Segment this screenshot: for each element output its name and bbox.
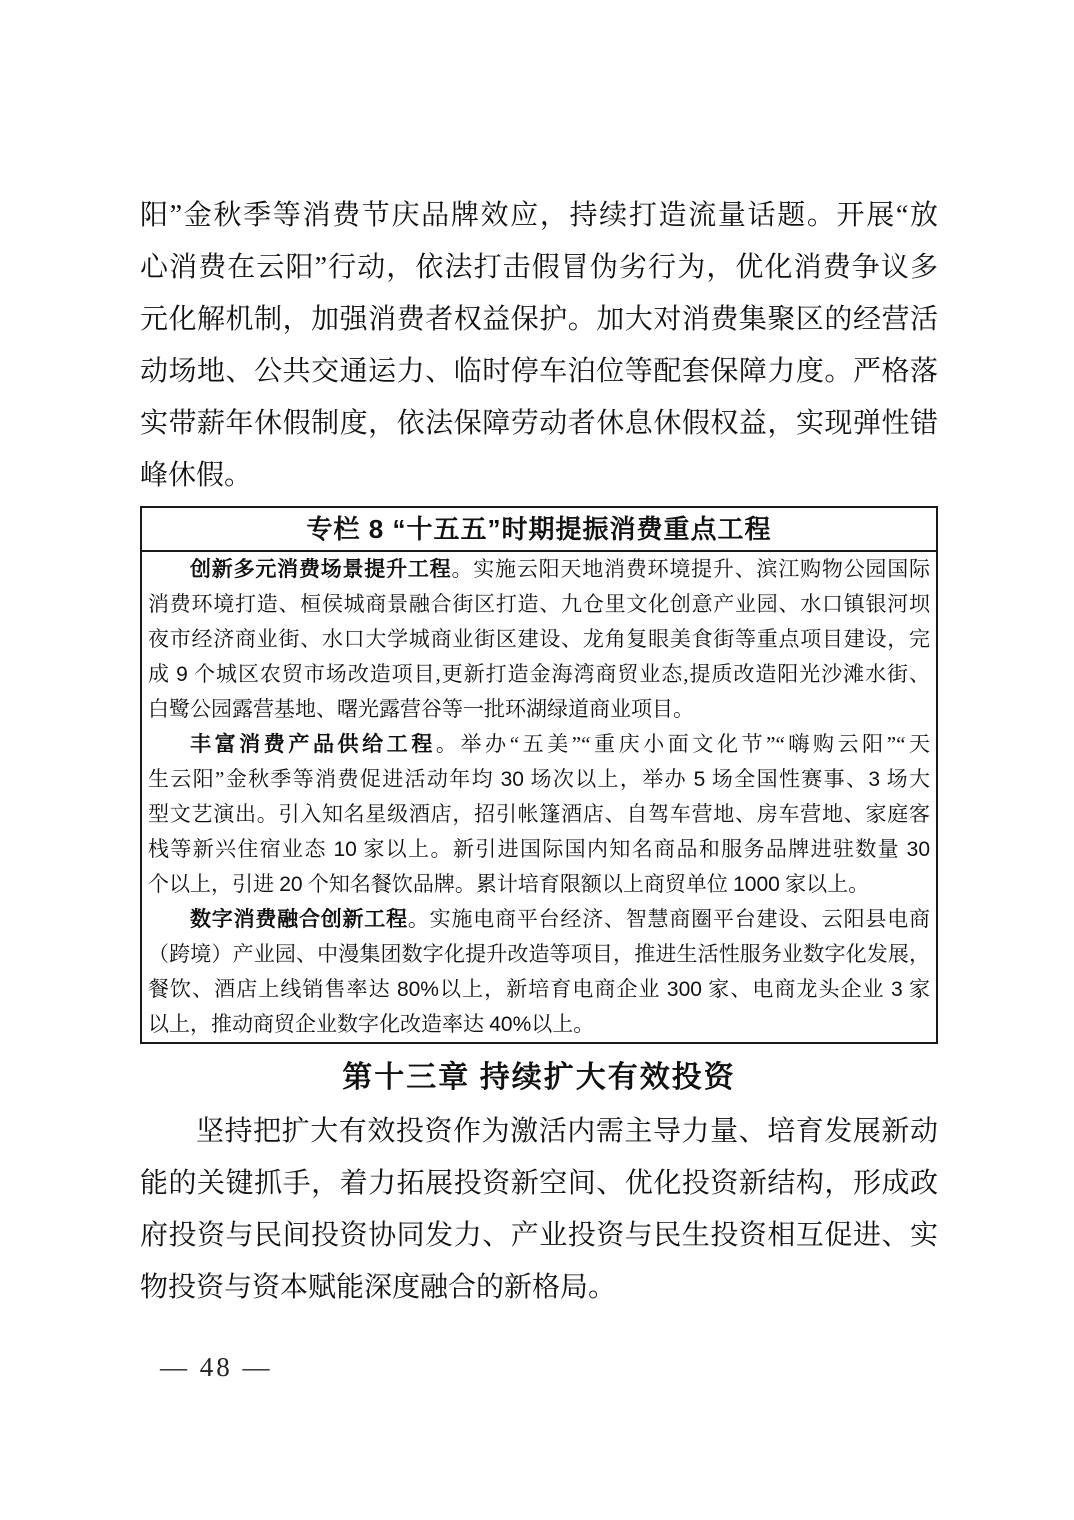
box-paragraph: 丰富消费产品供给工程。举办“五美”“重庆小面文化节”“嗨购云阳”“天生云阳”金秋… bbox=[148, 727, 930, 902]
text-line: 成 9 个城区农贸市场改造项目,更新打造金海湾商贸业态,提质改造阳光沙滩水街、 bbox=[148, 657, 930, 692]
text-run: 能的关键抓手，着力拓展投资新空间、优化投资新结构，形成政 bbox=[140, 1168, 938, 1199]
text-line: 餐饮、酒店上线销售率达 80%以上，新培育电商企业 300 家、电商龙头企业 3… bbox=[148, 972, 930, 1007]
text-run: 元化解机制，加强消费者权益保护。加大对消费集聚区的经营活 bbox=[140, 304, 938, 335]
text-line: 物投资与资本赋能深度融合的新格局。 bbox=[140, 1262, 938, 1314]
text-line: 生云阳”金秋季等消费促进活动年均 30 场次以上，举办 5 场全国性赛事、3 场… bbox=[148, 762, 930, 797]
text-line: 心消费在云阳”行动，依法打击假冒伪劣行为，优化消费争议多 bbox=[140, 242, 938, 294]
chapter-heading: 第十三章 持续扩大有效投资 bbox=[140, 1056, 938, 1100]
text-line: 夜市经济商业街、水口大学城商业街区建设、龙角复眼美食街等重点项目建设，完 bbox=[148, 622, 930, 657]
paragraph-lead: 丰富消费产品供给工程 bbox=[190, 732, 436, 756]
text-run: 30 bbox=[907, 838, 930, 861]
text-line: 数字消费融合创新工程。实施电商平台经济、智慧商圈平台建设、云阳县电商 bbox=[148, 902, 930, 937]
text-run: 夜市经济商业街、水口大学城商业街区建设、龙角复眼美食街等重点项目建设，完 bbox=[148, 627, 930, 651]
text-run: （跨境）产业园、中漫集团数字化提升改造等项目，推进生活性服务业数字化发展， bbox=[148, 942, 930, 966]
text-run: 个以上，引进 bbox=[148, 872, 279, 896]
text-run: 以上，推动商贸企业数字化改造率达 bbox=[148, 1012, 489, 1036]
box-paragraph: 数字消费融合创新工程。实施电商平台经济、智慧商圈平台建设、云阳县电商（跨境）产业… bbox=[148, 902, 930, 1042]
closing-paragraph: 坚持把扩大有效投资作为激活内需主导力量、培育发展新动能的关键抓手，着力拓展投资新… bbox=[140, 1106, 938, 1314]
text-run: 府投资与民间投资协同发力、产业投资与民生投资相互促进、实 bbox=[140, 1220, 938, 1251]
text-line: 府投资与民间投资协同发力、产业投资与民生投资相互促进、实 bbox=[140, 1210, 938, 1262]
text-run: 峰休假。 bbox=[140, 460, 252, 491]
text-run: 型文艺演出。引入知名星级酒店，招引帐篷酒店、自驾车营地、房车营地、家庭客 bbox=[148, 802, 930, 826]
text-line: 元化解机制，加强消费者权益保护。加大对消费集聚区的经营活 bbox=[140, 294, 938, 346]
text-run: 实带薪年休假制度，依法保障劳动者休息休假权益，实现弹性错 bbox=[140, 408, 938, 439]
text-run: 20 bbox=[279, 873, 302, 896]
text-line: 创新多元消费场景提升工程。实施云阳天地消费环境提升、滨江购物公园国际 bbox=[148, 552, 930, 587]
text-line: （跨境）产业园、中漫集团数字化提升改造等项目，推进生活性服务业数字化发展， bbox=[148, 937, 930, 972]
text-line: 消费环境打造、桓侯城商景融合街区打造、九仓里文化创意产业园、水口镇银河坝 bbox=[148, 587, 930, 622]
text-line: 丰富消费产品供给工程。举办“五美”“重庆小面文化节”“嗨购云阳”“天 bbox=[148, 727, 930, 762]
text-run: 栈等新兴住宿业态 bbox=[148, 837, 333, 861]
text-run: 10 bbox=[333, 838, 356, 861]
text-run: 消费环境打造、桓侯城商景融合街区打造、九仓里文化创意产业园、水口镇银河坝 bbox=[148, 592, 930, 616]
text-line: 以上，推动商贸企业数字化改造率达 40%以上。 bbox=[148, 1007, 930, 1042]
page-number: — 48 — bbox=[160, 1352, 273, 1383]
text-line: 白鹭公园露营基地、曙光露营谷等一批环湖绿道商业项目。 bbox=[148, 692, 930, 727]
text-run: 家、电商龙头企业 bbox=[702, 977, 891, 1001]
text-run: 300 bbox=[667, 978, 702, 1001]
text-run: 40% bbox=[489, 1013, 531, 1036]
feature-box: 专栏 8 “十五五”时期提振消费重点工程 创新多元消费场景提升工程。实施云阳天地… bbox=[140, 506, 938, 1044]
box-paragraph: 创新多元消费场景提升工程。实施云阳天地消费环境提升、滨江购物公园国际消费环境打造… bbox=[148, 552, 930, 727]
text-run: 成 bbox=[148, 662, 176, 686]
text-run: 。实施电商平台经济、智慧商圈平台建设、云阳县电商 bbox=[408, 907, 930, 931]
text-run: 心消费在云阳”行动，依法打击假冒伪劣行为，优化消费争议多 bbox=[140, 252, 938, 283]
text-line: 型文艺演出。引入知名星级酒店，招引帐篷酒店、自驾车营地、房车营地、家庭客 bbox=[148, 797, 930, 832]
text-run: 家以上。 bbox=[780, 872, 869, 896]
text-run: 。举办“五美”“重庆小面文化节”“嗨购云阳”“天 bbox=[436, 732, 930, 756]
text-run: 场次以上，举办 bbox=[524, 767, 694, 791]
box-title: 专栏 8 “十五五”时期提振消费重点工程 bbox=[142, 508, 936, 552]
text-run: 白鹭公园露营基地、曙光露营谷等一批环湖绿道商业项目。 bbox=[148, 697, 694, 721]
text-run: 5 bbox=[694, 768, 706, 791]
text-run: 3 bbox=[891, 978, 903, 1001]
text-line: 峰休假。 bbox=[140, 450, 938, 502]
text-run: 以上，新培育电商企业 bbox=[439, 977, 667, 1001]
text-run: 。实施云阳天地消费环境提升、滨江购物公园国际 bbox=[451, 557, 930, 581]
text-run: 1000 bbox=[733, 873, 780, 896]
intro-paragraph: 阳”金秋季等消费节庆品牌效应，持续打造流量话题。开展“放心消费在云阳”行动，依法… bbox=[140, 190, 938, 502]
text-line: 个以上，引进 20 个知名餐饮品牌。累计培育限额以上商贸单位 1000 家以上。 bbox=[148, 867, 930, 902]
text-run: 家 bbox=[903, 977, 930, 1001]
text-run: 3 bbox=[868, 768, 880, 791]
text-line: 实带薪年休假制度，依法保障劳动者休息休假权益，实现弹性错 bbox=[140, 398, 938, 450]
text-run: 动场地、公共交通运力、临时停车泊位等配套保障力度。严格落 bbox=[140, 356, 938, 387]
text-run: 餐饮、酒店上线销售率达 bbox=[148, 977, 397, 1001]
text-run: 个城区农贸市场改造项目,更新打造金海湾商贸业态,提质改造阳光沙滩水街、 bbox=[188, 662, 930, 686]
document-page: 阳”金秋季等消费节庆品牌效应，持续打造流量话题。开展“放心消费在云阳”行动，依法… bbox=[0, 0, 1074, 1520]
text-run: 9 bbox=[176, 663, 188, 686]
paragraph-lead: 创新多元消费场景提升工程 bbox=[190, 557, 451, 581]
text-run: 个知名餐饮品牌。累计培育限额以上商贸单位 bbox=[303, 872, 734, 896]
paragraph-lead: 数字消费融合创新工程 bbox=[190, 907, 408, 931]
page-content: 阳”金秋季等消费节庆品牌效应，持续打造流量话题。开展“放心消费在云阳”行动，依法… bbox=[140, 0, 938, 1314]
text-run: 场全国性赛事、 bbox=[705, 767, 868, 791]
text-line: 阳”金秋季等消费节庆品牌效应，持续打造流量话题。开展“放 bbox=[140, 190, 938, 242]
text-run: 80% bbox=[397, 978, 439, 1001]
text-run: 生云阳”金秋季等消费促进活动年均 bbox=[148, 767, 501, 791]
text-run: 家以上。新引进国际国内知名商品和服务品牌进驻数量 bbox=[357, 837, 907, 861]
text-run: 以上。 bbox=[531, 1012, 594, 1036]
text-line: 栈等新兴住宿业态 10 家以上。新引进国际国内知名商品和服务品牌进驻数量 30 bbox=[148, 832, 930, 867]
text-run: 阳”金秋季等消费节庆品牌效应，持续打造流量话题。开展“放 bbox=[140, 200, 938, 231]
text-line: 能的关键抓手，着力拓展投资新空间、优化投资新结构，形成政 bbox=[140, 1158, 938, 1210]
text-line: 动场地、公共交通运力、临时停车泊位等配套保障力度。严格落 bbox=[140, 346, 938, 398]
text-run: 场大 bbox=[880, 767, 930, 791]
text-line: 坚持把扩大有效投资作为激活内需主导力量、培育发展新动 bbox=[140, 1106, 938, 1158]
text-run: 30 bbox=[501, 768, 524, 791]
box-body: 创新多元消费场景提升工程。实施云阳天地消费环境提升、滨江购物公园国际消费环境打造… bbox=[142, 552, 936, 1042]
text-run: 坚持把扩大有效投资作为激活内需主导力量、培育发展新动 bbox=[196, 1116, 938, 1147]
text-run: 物投资与资本赋能深度融合的新格局。 bbox=[140, 1272, 616, 1303]
